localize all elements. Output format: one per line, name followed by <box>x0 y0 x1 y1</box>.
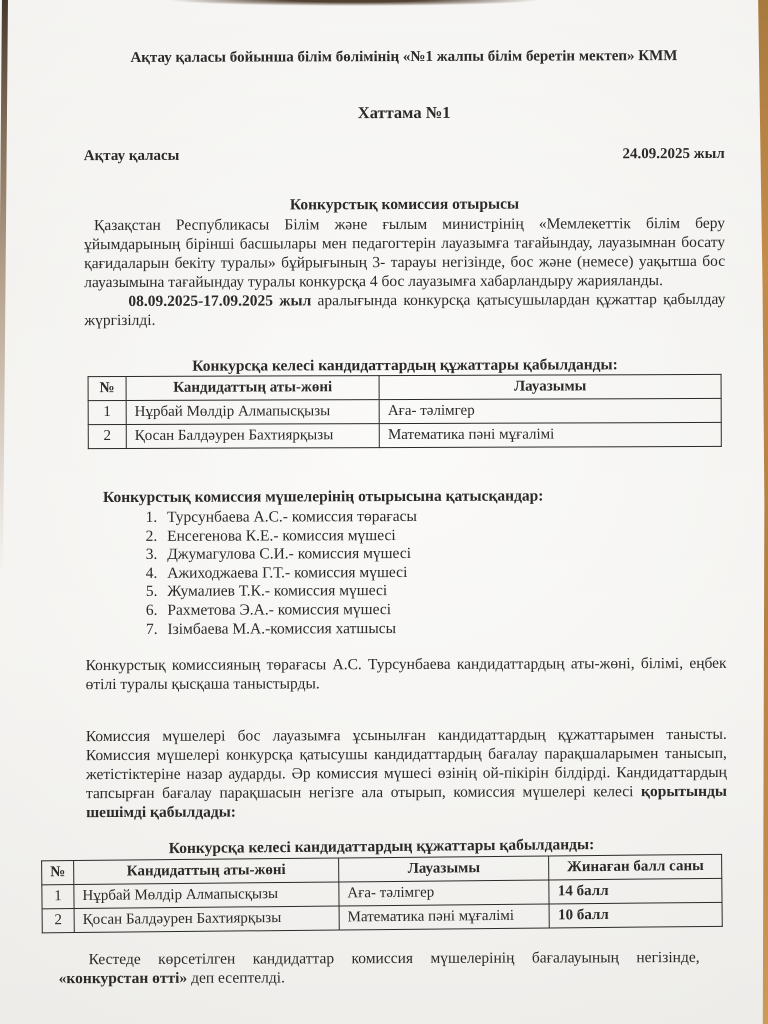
candidate-position: Аға- тәлімгер <box>339 880 550 906</box>
list-item: Жумалиев Т.К.- комиссия мүшесі <box>161 581 726 602</box>
results-section: Конкурсқа келесі кандидаттардың құжаттар… <box>41 834 723 934</box>
review-text: Комиссия мүшелері бос лауазымға ұсынылға… <box>86 726 727 802</box>
organization-title: Ақтау қаласы бойынша білім бөлімінің «№1… <box>83 47 724 68</box>
candidate-score: 10 балл <box>549 902 722 928</box>
chair-paragraph: Конкурстық комиссияның төрағасы А.С. Тур… <box>86 654 727 694</box>
list-item: Ажиходжаева Г.Т.- комиссия мүшесі <box>161 563 726 584</box>
table-row: 2 Қосан Балдәурен Бахтиярқызы Математика… <box>42 902 722 933</box>
dates-paragraph: 08.09.2025-17.09.2025 жыл аралығында кон… <box>84 290 725 330</box>
results-col-position: Лауазымы <box>339 856 550 882</box>
results-col-number: № <box>42 861 74 885</box>
row-number: 1 <box>42 885 74 909</box>
date-label: 24.09.2025 жыл <box>622 145 724 164</box>
documents-table-title: Конкурсқа келесі кандидаттардың құжаттар… <box>84 355 725 376</box>
documents-table-header-row: № Кандидаттың аты-жөні Лауазымы <box>88 374 721 400</box>
closing-rest: деп есептелді. <box>187 970 285 987</box>
candidate-name: Нұрбай Мөлдір Алмапысқызы <box>126 400 379 425</box>
scan-left-edge <box>0 0 8 571</box>
row-number: 2 <box>42 909 74 933</box>
list-item: Рахметова Э.А.- комиссия мүшесі <box>161 600 726 621</box>
candidate-name: Қосан Балдәурен Бахтиярқызы <box>126 424 379 449</box>
participants-heading: Конкурстық комиссия мүшелерінің отырысын… <box>103 486 726 507</box>
closing-text: Кестеде көрсетілген кандидаттар комиссия… <box>89 949 700 968</box>
results-table: № Кандидаттың аты-жөні Лауазымы Жинаған … <box>41 854 723 934</box>
city-label: Ақтау қаласы <box>84 147 180 166</box>
list-item: Джумагулова С.И.- комиссия мүшесі <box>161 544 726 565</box>
table-row: 1 Нұрбай Мөлдір Алмапысқызы Аға- тәлімге… <box>88 398 721 424</box>
candidate-name: Нұрбай Мөлдір Алмапысқызы <box>74 882 339 909</box>
documents-col-name: Кандидаттың аты-жөні <box>126 376 379 401</box>
candidate-name: Қосан Балдәурен Бахтиярқызы <box>74 906 339 933</box>
documents-col-number: № <box>88 376 126 400</box>
table-row: 2 Қосан Балдәурен Бахтиярқызы Математика… <box>88 422 721 448</box>
candidate-position: Математика пәні мұғалімі <box>339 904 550 930</box>
closing-paragraph: Кестеде көрсетілген кандидаттар комиссия… <box>59 948 700 988</box>
documents-table: № Кандидаттың аты-жөні Лауазымы 1 Нұрбай… <box>88 374 722 449</box>
results-col-score: Жинаған балл саны <box>549 854 722 880</box>
candidate-score: 14 балл <box>549 878 722 904</box>
candidate-position: Математика пәні мұғалімі <box>379 422 721 447</box>
row-number: 1 <box>88 400 126 424</box>
list-item: Турсунбаева А.С.- комиссия төрағасы <box>161 507 726 528</box>
meta-row: Ақтау қаласы 24.09.2025 жыл <box>84 145 725 166</box>
scan-top-shadow <box>168 0 540 6</box>
document-content: Ақтау қаласы бойынша білім бөлімінің «№1… <box>83 0 727 1004</box>
commission-members-list: Турсунбаева А.С.- комиссия төрағасы Енсе… <box>85 507 726 639</box>
document-title: Хаттама №1 <box>84 102 725 123</box>
documents-col-position: Лауазымы <box>379 374 721 399</box>
scanned-document-page: Ақтау қаласы бойынша білім бөлімінің «№1… <box>0 0 768 1024</box>
intro-paragraph: Қазақстан Республикасы Білім және ғылым … <box>84 214 725 292</box>
list-item: Ізімбаева М.А.-комиссия хатшысы <box>161 618 726 639</box>
review-paragraph: Комиссия мүшелері бос лауазымға ұсынылға… <box>86 725 727 822</box>
scan-right-edge <box>755 0 768 1024</box>
candidate-position: Аға- тәлімгер <box>379 398 721 423</box>
meeting-heading: Конкурстық комиссия отырысы <box>84 194 725 215</box>
closing-verdict: «конкурстан өтті» <box>59 970 188 987</box>
dates-range: 08.09.2025-17.09.2025 жыл <box>128 292 311 310</box>
results-col-name: Кандидаттың аты-жөні <box>74 858 339 885</box>
list-item: Енсегенова К.Е.- комиссия мүшесі <box>161 525 726 546</box>
row-number: 2 <box>88 424 126 448</box>
